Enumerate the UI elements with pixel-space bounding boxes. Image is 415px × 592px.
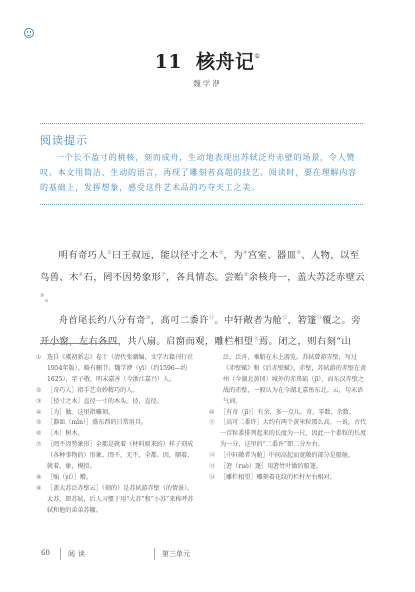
page-footer: 60 阅读 第三单元 [0, 549, 415, 569]
smiley-icon [24, 28, 34, 38]
footnote-3: ③［径寸之木］直径一寸的木头。径，直径。 [36, 397, 199, 408]
bottom-dotted-divider [40, 204, 363, 205]
footnote-10: ⑩［有奇（jī）］有余，多一点儿。奇，零数、余数。 [209, 408, 367, 419]
footnotes-left-column: ①选自《虞初新志》卷十（清代张潮编，文学古籍刊行社1954年版）。略有删节。魏学… [36, 353, 199, 517]
footnote-7: ⑦［罔不因势象形］全都是就着（材料原来的）样子刻成（各种事物的）形象。罔不，无不… [36, 440, 199, 473]
footnote-9-continuation: 泛，泛舟，乘船在水上游览。苏轼曾游赤壁，写过《赤壁赋》和《后赤壁赋》。赤壁，苏轼… [209, 353, 367, 408]
footnote-9: ⑨［盖大苏泛赤壁云］（刻的）是苏轼游赤壁（的情景）。大苏，即苏轼，后人习惯于用“… [36, 484, 199, 517]
footer-divider [60, 548, 61, 560]
top-dotted-divider [40, 123, 363, 124]
footnote-14: ⑭［雕栏相望］雕刻着花纹的栏杆左右相对。 [209, 473, 367, 484]
reading-tip-text: 一个长不盈寸的桃核，刻而成舟，生动地表现出苏轼泛舟赤壁的场景，令人赞叹。本文用简… [40, 150, 363, 195]
reading-tip-heading: 阅读提示 [40, 132, 363, 148]
paragraph-2: 舟首尾长约八分有奇⑩，高可二黍许⑪。中轩敞者为舱⑫，箬篷⑬覆之。旁开小窗，左右各… [40, 309, 365, 352]
footnote-6: ⑥［木］树木。 [36, 429, 199, 440]
page-number: 60 [41, 549, 50, 557]
footnote-rule [40, 343, 118, 344]
footnote-4: ④［为］做。这里指雕刻。 [36, 408, 199, 419]
main-text: 明有奇巧人②曰王叔远，能以径寸之木③，为④宫室、器皿⑤、人物，以至鸟兽、木⑥石，… [40, 244, 365, 352]
footnotes-right-column: 泛，泛舟，乘船在水上游览。苏轼曾游赤壁，写过《赤壁赋》和《后赤壁赋》。赤壁，苏轼… [209, 353, 367, 484]
footer-unit: 第三单元 [162, 549, 190, 559]
paragraph-1: 明有奇巧人②曰王叔远，能以径寸之木③，为④宫室、器皿⑤、人物，以至鸟兽、木⑥石，… [40, 244, 365, 309]
footnote-5: ⑤［器皿（mǐn）］盛东西的日常用具。 [36, 418, 199, 429]
footnote-8: ⑧［贻（yí）］赠。 [36, 473, 199, 484]
lesson-title-text: 核舟记 [196, 51, 255, 73]
title-footnote-mark: ① [255, 53, 261, 60]
lesson-title: 11核舟记① [0, 47, 415, 74]
footnote-12: ⑫［中轩敞者为舱］中间高起而宽敞的部分是船舱。 [209, 451, 367, 462]
footnote-11: ⑪［高可二黍许］大约有两个黄米粒那么高。一说，古代一百粒黍排列起来的长度为一尺，… [209, 418, 367, 451]
author: 魏学洢 [0, 78, 415, 89]
reading-tip-box: 阅读提示 一个长不盈寸的桃核，刻而成舟，生动地表现出苏轼泛舟赤壁的场景，令人赞叹… [40, 123, 363, 205]
footnote-1: ①选自《虞初新志》卷十（清代张潮编，文学古籍刊行社1954年版）。略有删节。魏学… [36, 353, 199, 386]
footer-divider [154, 548, 155, 560]
lesson-number: 11 [155, 51, 182, 73]
footnote-13: ⑬［箬（ruò）篷］用箬竹叶做的船篷。 [209, 462, 367, 473]
footnote-2: ②［奇巧人］指手艺奇妙精巧的人。 [36, 386, 199, 397]
footer-section: 阅读 [68, 549, 88, 559]
